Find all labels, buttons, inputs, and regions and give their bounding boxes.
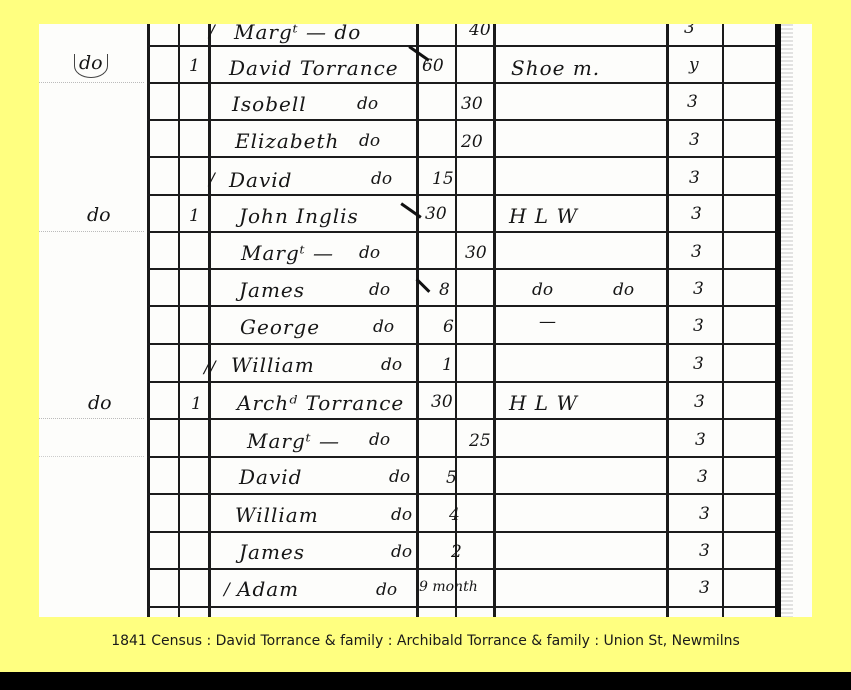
occupation-ditto: do xyxy=(613,282,634,299)
row-rule xyxy=(147,119,775,121)
person-name: Elizabeth xyxy=(235,131,339,151)
born-in-county: 3 xyxy=(695,432,706,449)
column-rule xyxy=(666,24,669,617)
age-female: 30 xyxy=(465,245,487,262)
margin-place-ditto: do xyxy=(88,394,112,413)
house-count: 1 xyxy=(189,208,200,225)
ditto-mark: do xyxy=(381,357,402,374)
born-in-county: 3 xyxy=(689,170,700,187)
row-rule xyxy=(147,418,775,420)
age-male: 30 xyxy=(431,394,453,411)
born-in-county: 3 xyxy=(699,506,710,523)
dotted-guide xyxy=(39,456,144,457)
ditto-mark: do xyxy=(389,469,410,486)
born-in-county: 3 xyxy=(691,244,702,261)
cross-out-mark xyxy=(408,45,429,61)
dotted-guide xyxy=(39,418,144,419)
born-in-county: 3 xyxy=(694,394,705,411)
census-scan: Margᵗ — do / 40 3 do 1 David Torrance 60… xyxy=(39,24,812,617)
age-male: 30 xyxy=(425,206,447,223)
ditto-mark: do xyxy=(391,544,412,561)
person-name: Margᵗ — do xyxy=(234,24,361,42)
born-in-county: 3 xyxy=(699,580,710,597)
born-in-county: 3 xyxy=(697,469,708,486)
person-name: Adam xyxy=(237,579,299,599)
person-name: Margᵗ — xyxy=(247,431,340,451)
row-rule xyxy=(147,194,775,196)
age-female: 40 xyxy=(469,24,491,39)
ditto-mark: do xyxy=(357,96,378,113)
occupation: H L W xyxy=(509,206,578,226)
born-in-county: 3 xyxy=(689,132,700,149)
household-mark: / xyxy=(224,582,230,599)
ditto-mark: do xyxy=(373,319,394,336)
row-rule xyxy=(147,493,775,495)
row-rule xyxy=(147,305,775,307)
born-in-county: 3 xyxy=(693,281,704,298)
dotted-guide xyxy=(39,82,144,83)
person-name: John Inglis xyxy=(239,206,359,226)
household-mark: / xyxy=(209,24,215,41)
row-rule xyxy=(147,456,775,458)
page-edge xyxy=(779,24,793,617)
occupation: Shoe m. xyxy=(511,58,600,78)
row-rule xyxy=(147,381,775,383)
person-name: Archᵈ Torrance xyxy=(237,393,404,413)
occupation-dash: — xyxy=(539,314,556,331)
age-male: 60 xyxy=(422,58,444,75)
household-mark: / xyxy=(209,172,215,189)
age-male: 5 xyxy=(446,470,457,487)
household-mark: // xyxy=(204,360,215,377)
column-rule xyxy=(722,24,724,617)
margin-place-ditto: do xyxy=(87,206,111,225)
row-rule xyxy=(147,82,775,84)
age-male: 9 month xyxy=(419,580,478,594)
image-caption: 1841 Census : David Torrance & family : … xyxy=(0,633,851,649)
age-female: 25 xyxy=(469,433,491,450)
age-male: 1 xyxy=(442,357,453,374)
row-rule xyxy=(147,156,775,158)
person-name: David xyxy=(229,170,292,190)
occupation: H L W xyxy=(509,393,578,413)
margin-place-ditto: do xyxy=(74,54,108,78)
column-rule xyxy=(416,24,419,617)
born-in-county: 3 xyxy=(687,94,698,111)
age-female: 30 xyxy=(461,96,483,113)
person-name: David xyxy=(239,467,302,487)
ditto-mark: do xyxy=(376,582,397,599)
born-in-county: 3 xyxy=(691,206,702,223)
ditto-mark: do xyxy=(371,171,392,188)
house-count: 1 xyxy=(191,396,202,413)
born-in-county: 3 xyxy=(684,24,695,37)
column-rule xyxy=(455,24,457,617)
column-rule xyxy=(178,24,180,617)
dotted-guide xyxy=(39,231,144,232)
person-name: Isobell xyxy=(232,94,307,114)
person-name: William xyxy=(231,355,315,375)
person-name: Margᵗ — xyxy=(241,243,334,263)
age-male: 15 xyxy=(432,171,454,188)
person-name: David Torrance xyxy=(229,58,399,78)
born-in-county: y xyxy=(689,57,699,74)
column-rule xyxy=(493,24,496,617)
person-name: George xyxy=(240,317,320,337)
ditto-mark: do xyxy=(369,282,390,299)
age-female: 20 xyxy=(461,134,483,151)
born-in-county: 3 xyxy=(693,318,704,335)
row-rule xyxy=(147,231,775,233)
ditto-mark: do xyxy=(391,507,412,524)
page-border-rule xyxy=(775,24,781,617)
born-in-county: 3 xyxy=(699,543,710,560)
age-male: 6 xyxy=(443,319,454,336)
row-rule xyxy=(147,45,775,47)
age-male: 2 xyxy=(451,544,462,561)
ditto-mark: do xyxy=(359,133,380,150)
person-name: James xyxy=(239,542,305,562)
row-rule xyxy=(147,606,775,608)
person-name: James xyxy=(239,280,305,300)
row-rule xyxy=(147,268,775,270)
ditto-mark: do xyxy=(359,245,380,262)
column-rule xyxy=(208,24,211,617)
house-count: 1 xyxy=(189,58,200,75)
person-name: William xyxy=(235,505,319,525)
born-in-county: 3 xyxy=(693,356,704,373)
column-rule xyxy=(147,24,150,617)
row-rule xyxy=(147,531,775,533)
occupation-ditto: do xyxy=(532,282,553,299)
row-rule xyxy=(147,568,775,570)
age-male: 4 xyxy=(449,507,460,524)
ditto-mark: do xyxy=(369,432,390,449)
row-rule xyxy=(147,343,775,345)
age-male: 8 xyxy=(439,282,450,299)
